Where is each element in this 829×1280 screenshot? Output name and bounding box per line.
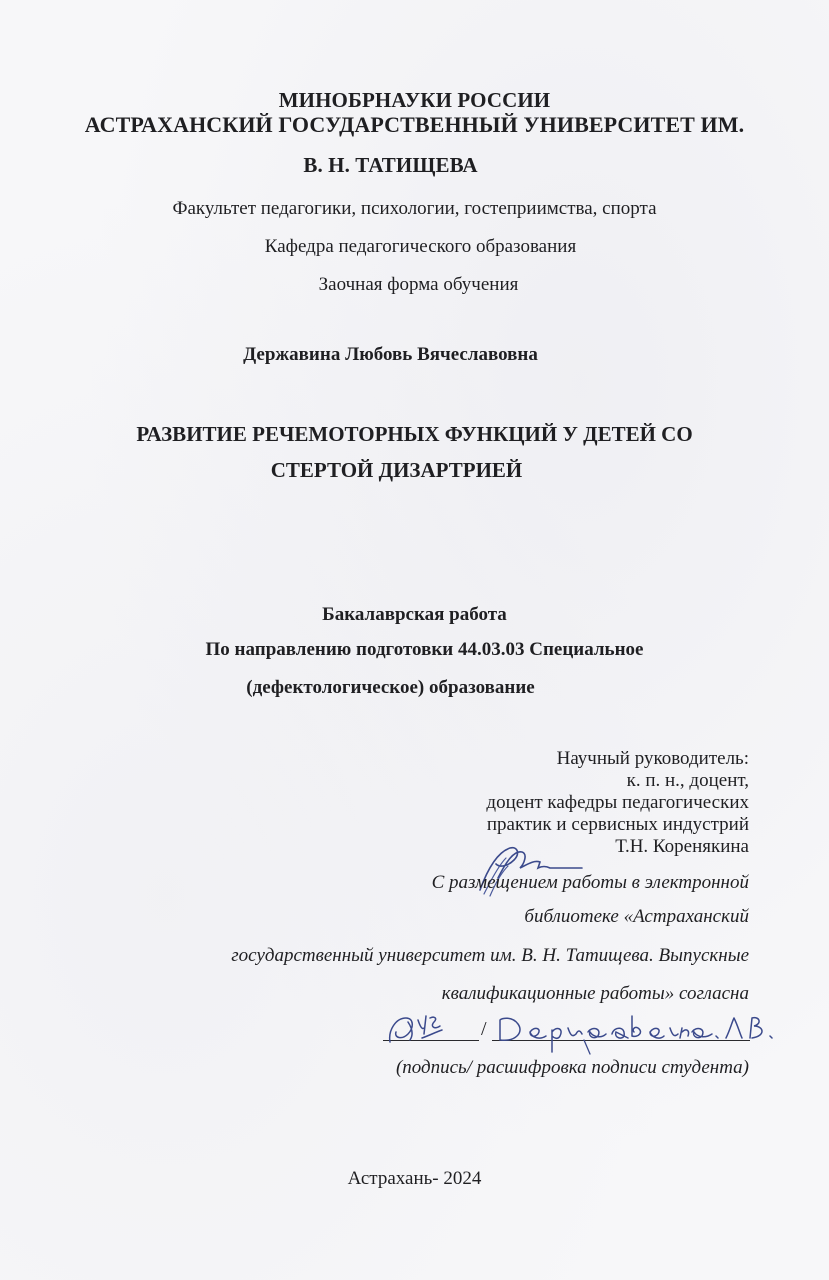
supervisor-position-line2: практик и сервисных индустрий	[486, 814, 749, 836]
university-name-line2: В. Н. ТАТИЩЕВА	[0, 153, 805, 178]
work-type: Бакалаврская работа	[0, 604, 829, 626]
consent-line3: государственный университет им. В. Н. Та…	[231, 945, 749, 967]
signature-caption: (подпись/ расшифровка подписи студента)	[396, 1057, 749, 1079]
supervisor-degree: к. п. н., доцент,	[486, 770, 749, 792]
university-name-line1: АСТРАХАНСКИЙ ГОСУДАРСТВЕННЫЙ УНИВЕРСИТЕТ…	[0, 112, 829, 138]
consent-line1: С размещением работы в электронной	[432, 872, 749, 894]
handwritten-name-icon	[494, 1012, 794, 1056]
student-signature-icon	[384, 1012, 479, 1046]
direction-line1: По направлению подготовки 44.03.03 Специ…	[10, 639, 829, 661]
consent-line4: квалификационные работы» согласна	[442, 983, 749, 1005]
signature-separator: /	[481, 1018, 487, 1041]
supervisor-position-line1: доцент кафедры педагогических	[486, 792, 749, 814]
faculty-name: Факультет педагогики, психологии, гостеп…	[0, 198, 829, 220]
ministry-heading: МИНОБРНАУКИ РОССИИ	[0, 88, 829, 113]
department-name: Кафедра педагогического образования	[6, 236, 829, 258]
thesis-title-line2: СТЕРТОЙ ДИЗАРТРИЕЙ	[0, 458, 811, 483]
thesis-title-line1: РАЗВИТИЕ РЕЧЕМОТОРНЫХ ФУНКЦИЙ У ДЕТЕЙ СО	[0, 422, 829, 447]
supervisor-heading: Научный руководитель:	[486, 748, 749, 770]
direction-line2: (дефектологическое) образование	[0, 677, 805, 699]
author-name: Державина Любовь Вячеславовна	[0, 344, 805, 366]
consent-line2: библиотеке «Астраханский	[524, 906, 749, 928]
study-form: Заочная форма обучения	[4, 274, 829, 296]
city-year: Астрахань- 2024	[0, 1168, 829, 1190]
document-page: МИНОБРНАУКИ РОССИИ АСТРАХАНСКИЙ ГОСУДАРС…	[0, 0, 829, 1280]
